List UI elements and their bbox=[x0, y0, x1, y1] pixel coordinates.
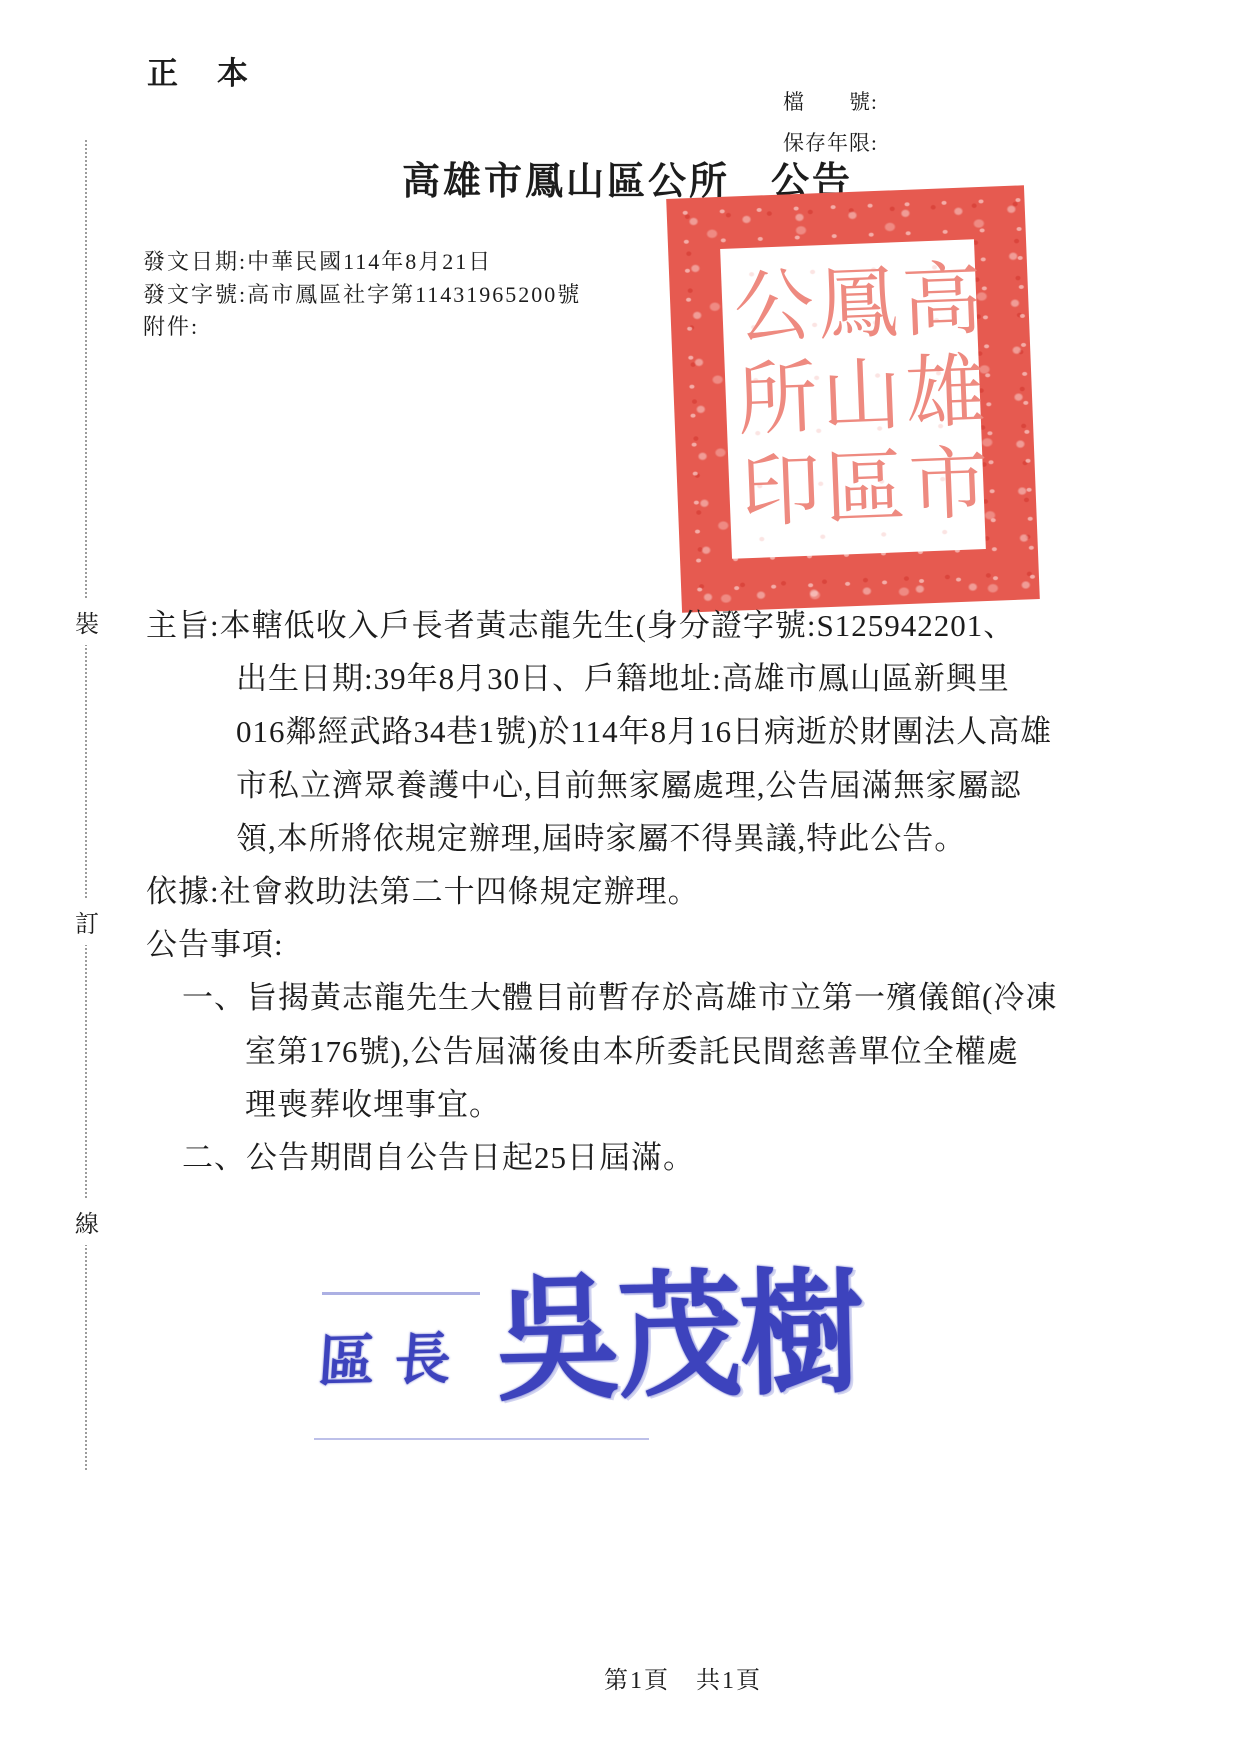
body-line: 領,本所將依規定辦理,屆時家屬不得異議,特此公告。 bbox=[0, 812, 1240, 865]
body-line: 依據:社會救助法第二十四條規定辦理。 bbox=[0, 865, 1240, 918]
issuance-meta-block: 發文日期:中華民國114年8月21日 發文字號:高市鳳區社字第114319652… bbox=[143, 246, 581, 344]
attachment-line: 附件: bbox=[143, 311, 581, 344]
copy-type-label: 正 本 bbox=[147, 48, 252, 93]
announcement-body: 主旨:本轄低收入戶長者黃志龍先生(身分證字號:S125942201、 出生日期:… bbox=[0, 599, 1240, 1184]
body-line: 016鄰經武路34巷1號)於114年8月16日病逝於財團法人高雄 bbox=[0, 705, 1240, 758]
page-number-footer: 第1頁 共1頁 bbox=[604, 1660, 762, 1695]
body-line: 公告事項: bbox=[0, 918, 1240, 971]
body-line: 二、公告期間自公告日起25日屆滿。 bbox=[0, 1131, 1240, 1184]
body-line: 理喪葬收埋事宜。 bbox=[0, 1078, 1240, 1131]
seal-column-left: 公所印 bbox=[722, 263, 817, 542]
mayor-signature-stamp: 區長 吳茂樹 bbox=[317, 1276, 864, 1418]
seal-column-right: 高雄市 bbox=[890, 256, 985, 535]
seal-column-middle: 鳳山區 bbox=[806, 259, 901, 538]
official-red-seal-face: 高雄市 鳳山區 公所印 bbox=[720, 239, 986, 559]
issue-date-line: 發文日期:中華民國114年8月21日 bbox=[143, 246, 581, 279]
body-line: 一、旨揭黃志龍先生大體目前暫存於高雄市立第一殯儀館(冷凍 bbox=[0, 971, 1240, 1024]
signature-name: 吳茂樹 bbox=[494, 1263, 863, 1414]
doc-number-line: 發文字號:高市鳳區社字第11431965200號 bbox=[143, 279, 581, 312]
body-line: 室第176號),公告屆滿後由本所委託民間慈善單位全權處 bbox=[0, 1025, 1240, 1078]
body-line: 市私立濟眾養護中心,目前無家屬處理,公告屆滿無家屬認 bbox=[0, 759, 1240, 812]
body-line: 出生日期:39年8月30日、戶籍地址:高雄市鳳山區新興里 bbox=[0, 652, 1240, 705]
binding-mark-xian: 線 bbox=[69, 1198, 105, 1245]
document-page: 正 本 檔 號: 保存年限: 高雄市鳳山區公所 公告 發文日期:中華民國114年… bbox=[0, 0, 1240, 1754]
signature-title: 區長 bbox=[315, 1315, 474, 1418]
body-line: 主旨:本轄低收入戶長者黃志龍先生(身分證字號:S125942201、 bbox=[0, 599, 1240, 652]
official-red-seal-text: 高雄市 鳳山區 公所印 bbox=[722, 256, 984, 541]
signature-stamp-edge-line bbox=[314, 1438, 649, 1440]
file-number-label: 檔 號: bbox=[783, 82, 878, 123]
official-red-seal: 高雄市 鳳山區 公所印 bbox=[666, 185, 1040, 612]
